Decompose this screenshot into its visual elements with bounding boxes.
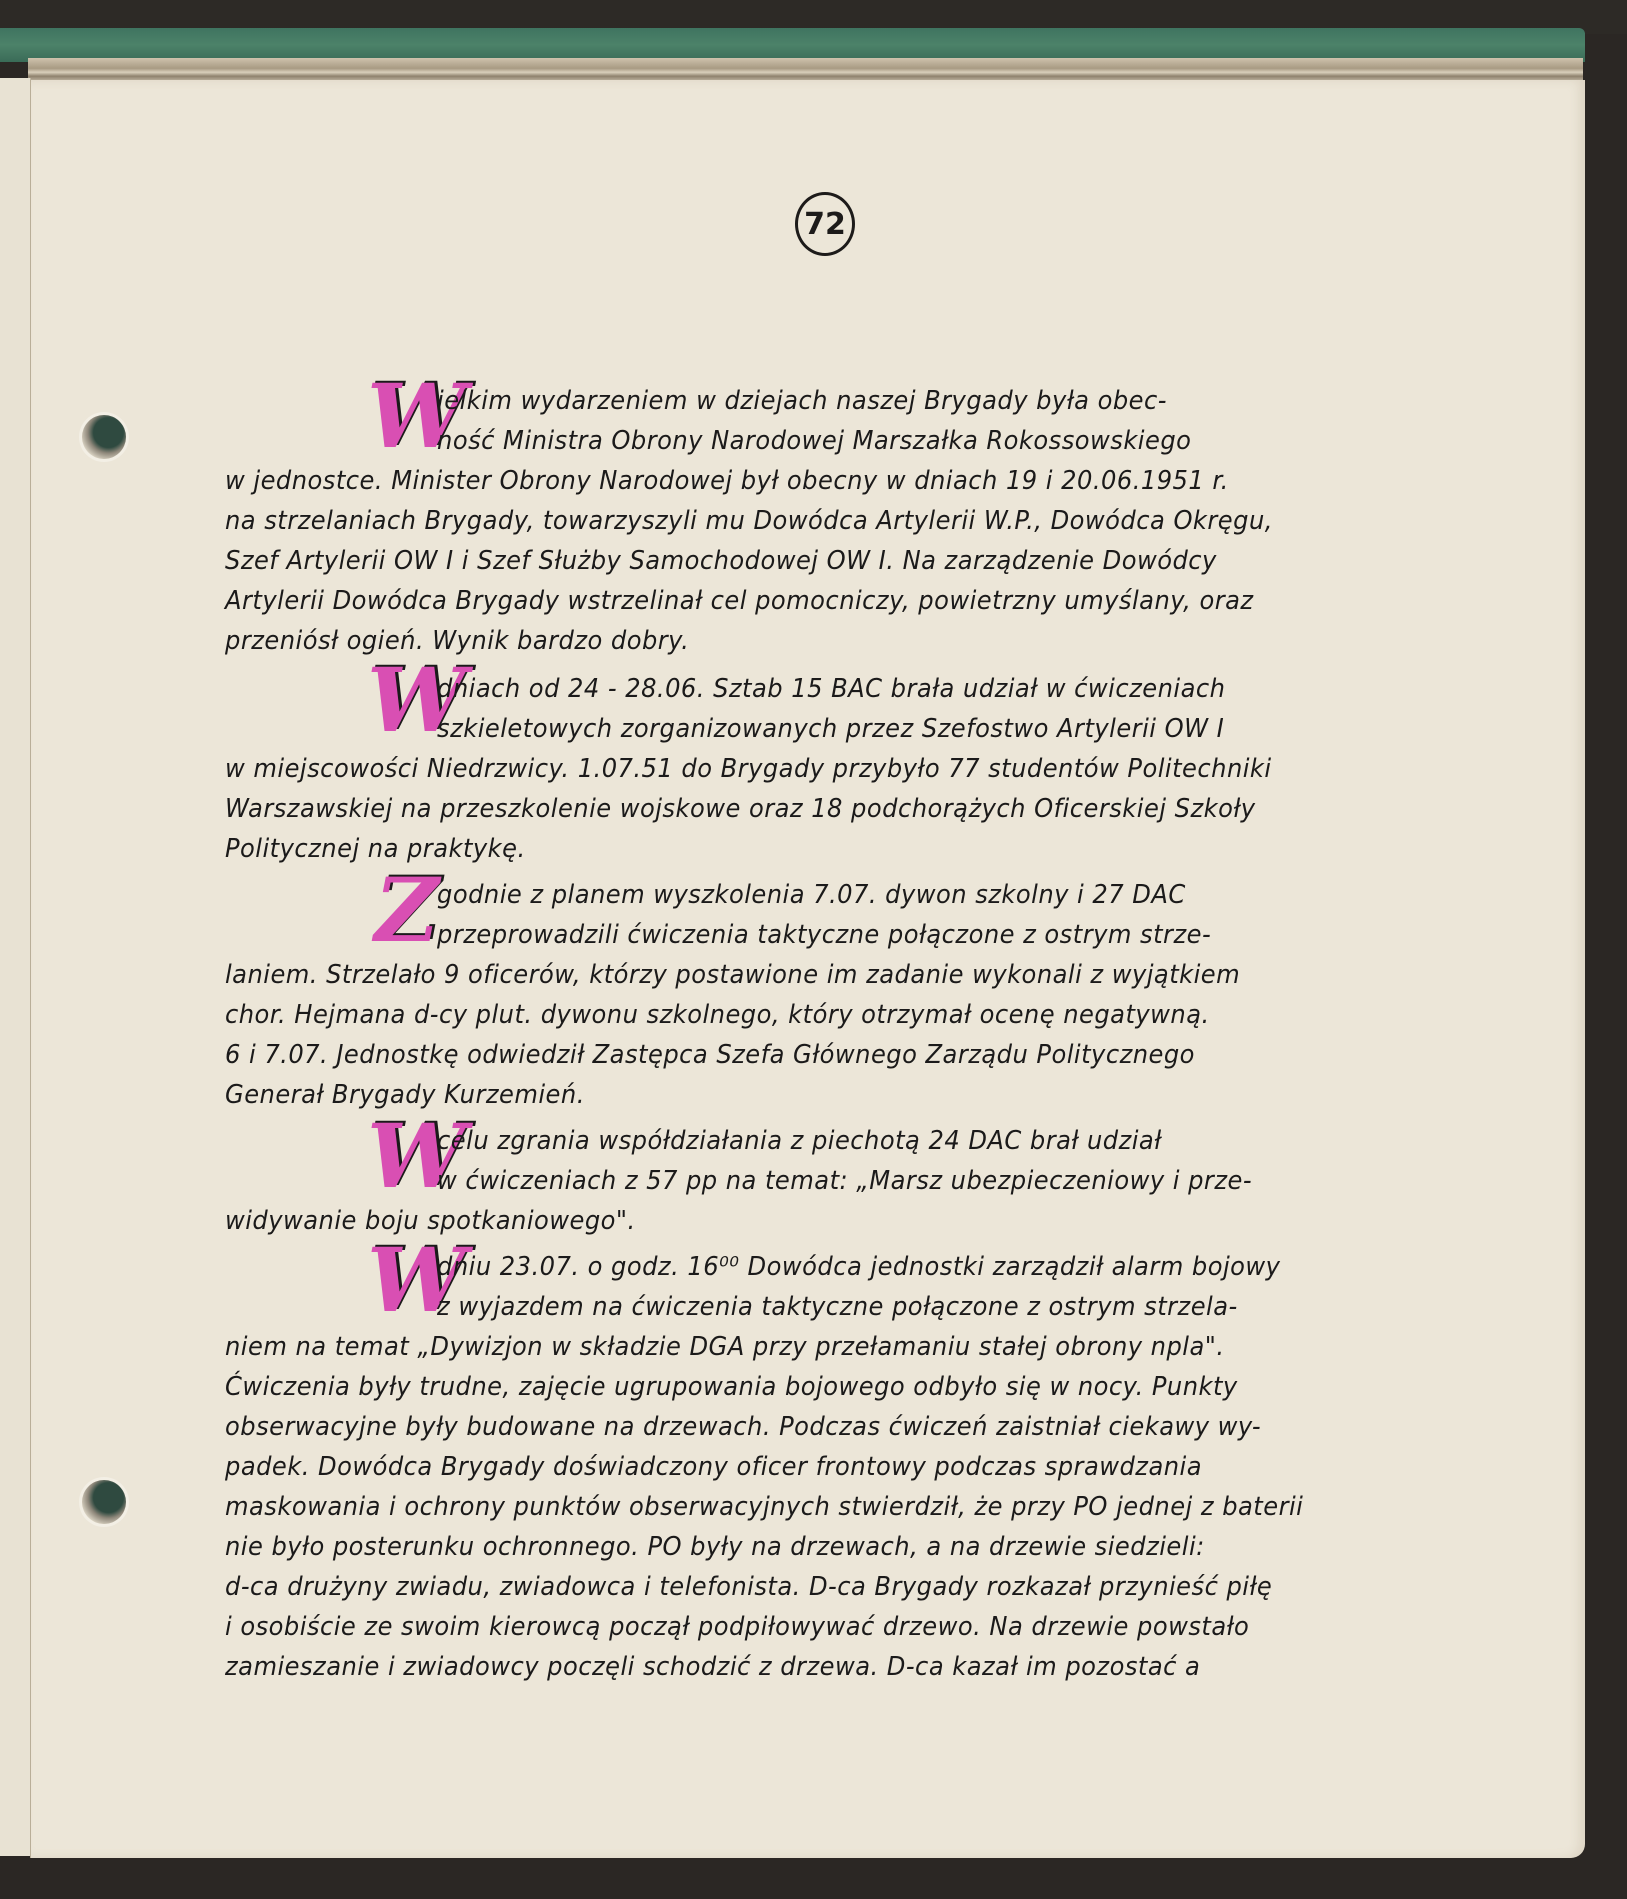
paragraph: Z godnie z planem wyszkolenia 7.07. dywo… <box>225 875 1455 1115</box>
text-line: zamieszanie i zwiadowcy poczęli schodzić… <box>225 1647 1369 1687</box>
paragraph: W celu zgrania współdziałania z piechotą… <box>225 1121 1455 1241</box>
text-line: w jednostce. Minister Obrony Narodowej b… <box>225 461 1369 501</box>
text-line: w ćwiczeniach z 57 pp na temat: „Marsz u… <box>225 1161 1369 1201</box>
page-number-badge: 72 <box>795 192 855 256</box>
text-line: d-ca drużyny zwiadu, zwiadowca i telefon… <box>225 1567 1369 1607</box>
text-line: w miejscowości Niedrzwicy. 1.07.51 do Br… <box>225 749 1369 789</box>
notebook-page: 72 W ielkim wydarzeniem w dziejach nasze… <box>30 80 1585 1858</box>
page-number: 72 <box>804 207 846 242</box>
text-line: chor. Hejmana d-cy plut. dywonu szkolneg… <box>225 995 1369 1035</box>
text-line: dniu 23.07. o godz. 16⁰⁰ Dowódca jednost… <box>225 1247 1369 1287</box>
text-line: Warszawskiej na przeszkolenie wojskowe o… <box>225 789 1369 829</box>
paragraph: W dniu 23.07. o godz. 16⁰⁰ Dowódca jedno… <box>225 1247 1455 1687</box>
text-line: Artylerii Dowódca Brygady wstrzelinał ce… <box>225 581 1369 621</box>
text-line: z wyjazdem na ćwiczenia taktyczne połącz… <box>225 1287 1369 1327</box>
text-line: niem na temat „Dywizjon w składzie DGA p… <box>225 1327 1369 1367</box>
punch-hole-icon <box>82 415 126 459</box>
text-line: ielkim wydarzeniem w dziejach naszej Bry… <box>225 381 1369 421</box>
text-line: nie było posterunku ochronnego. PO były … <box>225 1527 1369 1567</box>
paragraph: W dniach od 24 - 28.06. Sztab 15 BAC bra… <box>225 669 1455 869</box>
text-line: padek. Dowódca Brygady doświadczony ofic… <box>225 1447 1369 1487</box>
text-line: szkieletowych zorganizowanych przez Szef… <box>225 709 1369 749</box>
handwritten-text-body: W ielkim wydarzeniem w dziejach naszej B… <box>225 285 1455 1687</box>
text-line: godnie z planem wyszkolenia 7.07. dywon … <box>225 875 1369 915</box>
text-line: laniem. Strzelało 9 oficerów, którzy pos… <box>225 955 1369 995</box>
punch-hole-icon <box>82 1480 126 1524</box>
binding-line <box>30 80 31 1858</box>
text-line: i osobiście ze swoim kierowcą począł pod… <box>225 1607 1369 1647</box>
text-line: obserwacyjne były budowane na drzewach. … <box>225 1407 1369 1447</box>
text-line: maskowania i ochrony punktów obserwacyjn… <box>225 1487 1369 1527</box>
paragraph: W ielkim wydarzeniem w dziejach naszej B… <box>225 381 1455 661</box>
previous-page-edge <box>0 78 31 1856</box>
text-line: na strzelaniach Brygady, towarzyszyli mu… <box>225 501 1369 541</box>
book-cloth-spine-band <box>0 28 1585 62</box>
text-line: przeprowadzili ćwiczenia taktyczne połąc… <box>225 915 1369 955</box>
text-line: celu zgrania współdziałania z piechotą 2… <box>225 1121 1369 1161</box>
text-line: ność Ministra Obrony Narodowej Marszałka… <box>225 421 1369 461</box>
text-line: Szef Artylerii OW I i Szef Służby Samoch… <box>225 541 1369 581</box>
text-line: Ćwiczenia były trudne, zajęcie ugrupowan… <box>225 1367 1369 1407</box>
text-line: 6 i 7.07. Jednostkę odwiedził Zastępca S… <box>225 1035 1369 1075</box>
text-line: dniach od 24 - 28.06. Sztab 15 BAC brała… <box>225 669 1369 709</box>
